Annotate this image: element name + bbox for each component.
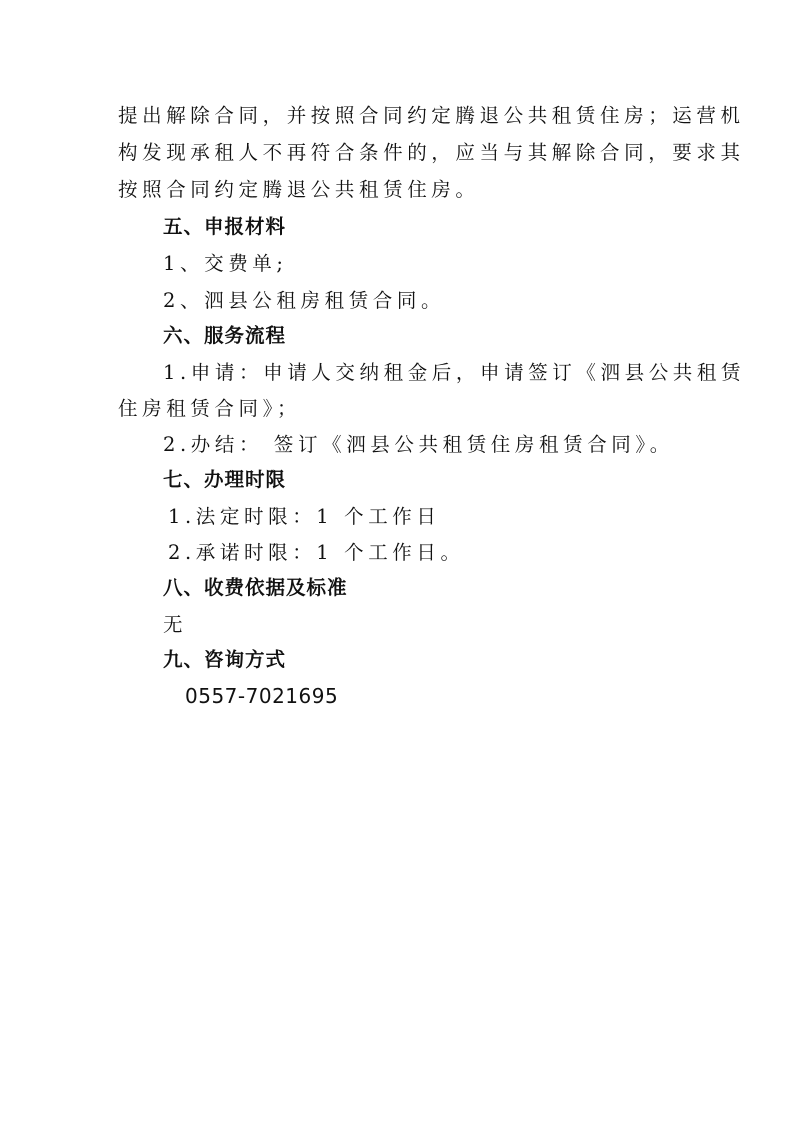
phone-number: 0557-7021695 bbox=[185, 684, 338, 708]
list-item: 1.申请：申请人交纳租金后，申请签订《泗县公共租赁 bbox=[163, 361, 745, 385]
document-page: 提出解除合同，并按照合同约定腾退公共租赁住房；运营机 构发现承租人不再符合条件的… bbox=[0, 0, 793, 1122]
section-heading-service-process: 六、服务流程 bbox=[163, 324, 286, 348]
list-item: 1、交费单; bbox=[163, 252, 288, 276]
list-item-continuation: 住房租赁合同》； bbox=[118, 397, 301, 421]
section-heading-materials: 五、申报材料 bbox=[163, 215, 286, 239]
list-item: 2.办结： 签订《泗县公共租赁住房租赁合同》。 bbox=[163, 433, 674, 457]
list-item: 2.承诺时限：1 个工作日。 bbox=[168, 541, 465, 565]
list-item: 1.法定时限：1 个工作日 bbox=[168, 505, 441, 529]
list-item: 无 bbox=[163, 613, 187, 637]
section-heading-fees: 八、收费依据及标准 bbox=[163, 576, 348, 600]
paragraph-line: 提出解除合同，并按照合同约定腾退公共租赁住房；运营机 bbox=[118, 104, 745, 128]
section-heading-time-limit: 七、办理时限 bbox=[163, 468, 286, 492]
paragraph-line: 构发现承租人不再符合条件的，应当与其解除合同，要求其 bbox=[118, 141, 745, 165]
list-item: 2、泗县公租房租赁合同。 bbox=[163, 289, 445, 313]
section-heading-consultation: 九、咨询方式 bbox=[163, 648, 286, 672]
paragraph-line: 按照合同约定腾退公共租赁住房。 bbox=[118, 178, 480, 202]
